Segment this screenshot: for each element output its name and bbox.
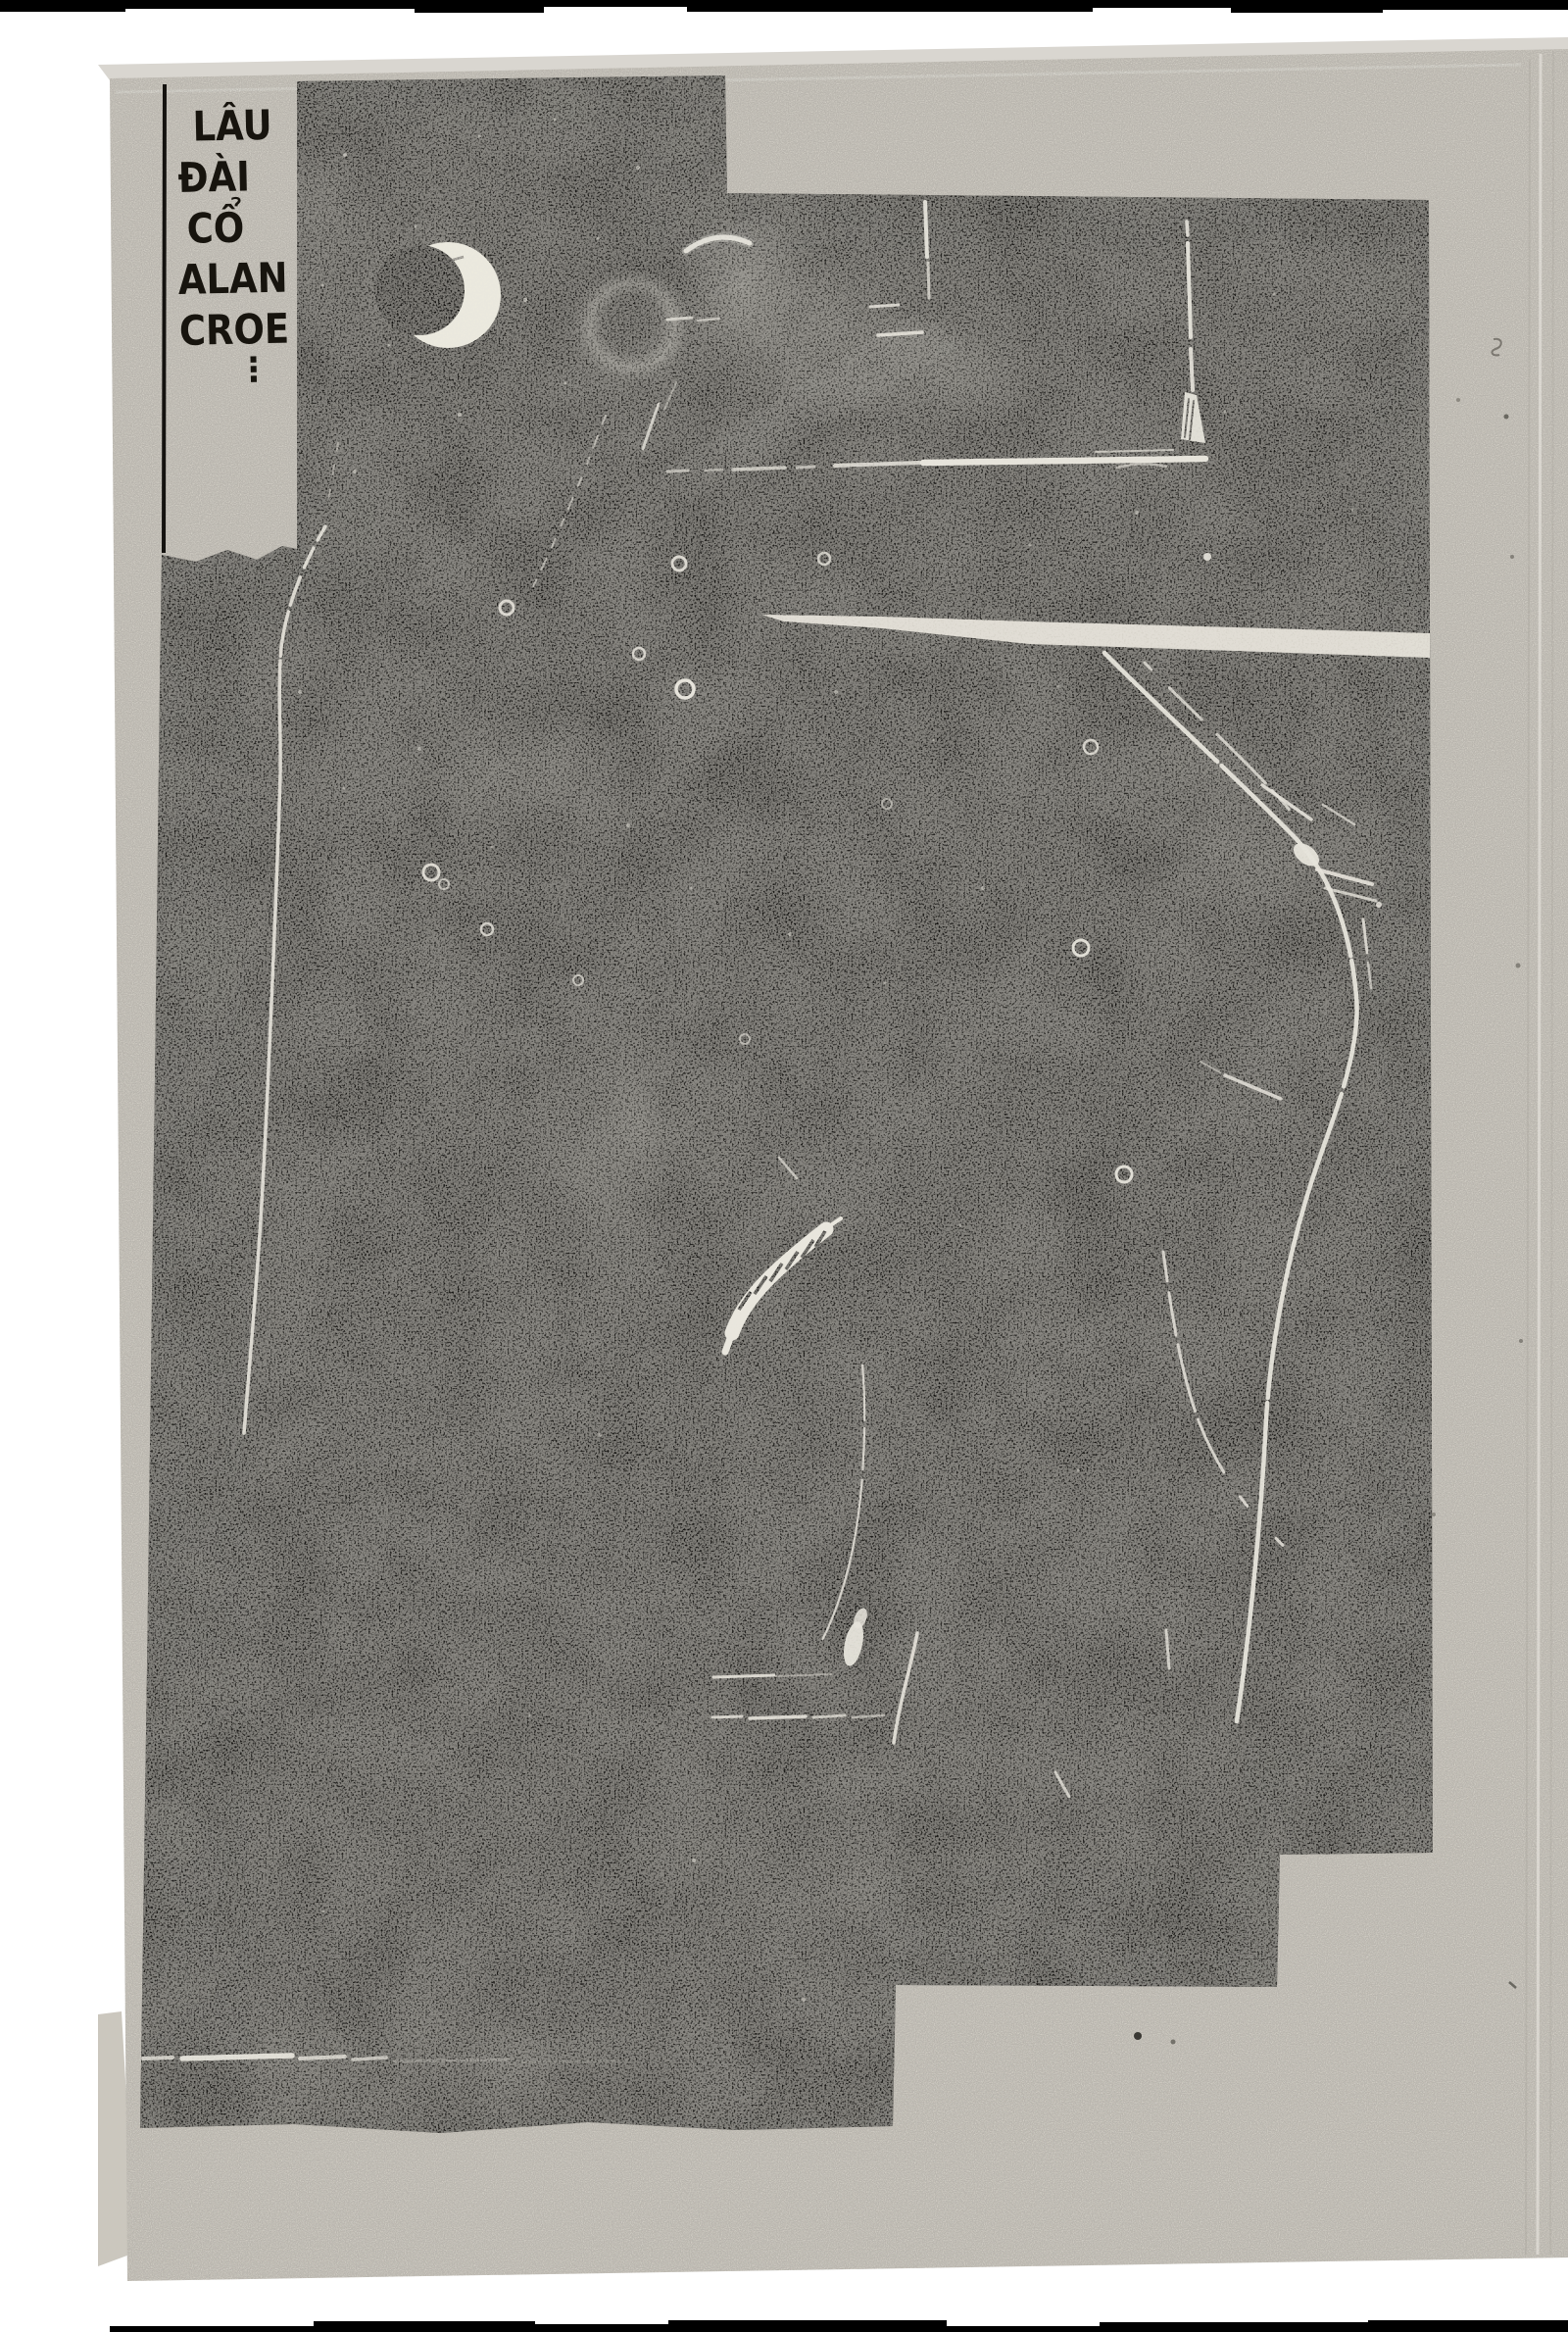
- caption-line: LÂU: [192, 99, 316, 153]
- caption-line: ALAN: [177, 252, 317, 306]
- caption-line: ĐÀI: [177, 150, 315, 204]
- caption-panel-border: [164, 84, 165, 553]
- caption-line: CROE: [178, 303, 318, 357]
- caption-block: LÂU ĐÀI CỔ ALAN CROE ⋮: [174, 99, 336, 357]
- ink-panel: [137, 69, 1441, 2142]
- caption-ellipsis: ⋮: [236, 353, 270, 387]
- caption-line: CỔ: [186, 201, 317, 255]
- comic-page-scan: LÂU ĐÀI CỔ ALAN CROE ⋮: [0, 0, 1568, 2332]
